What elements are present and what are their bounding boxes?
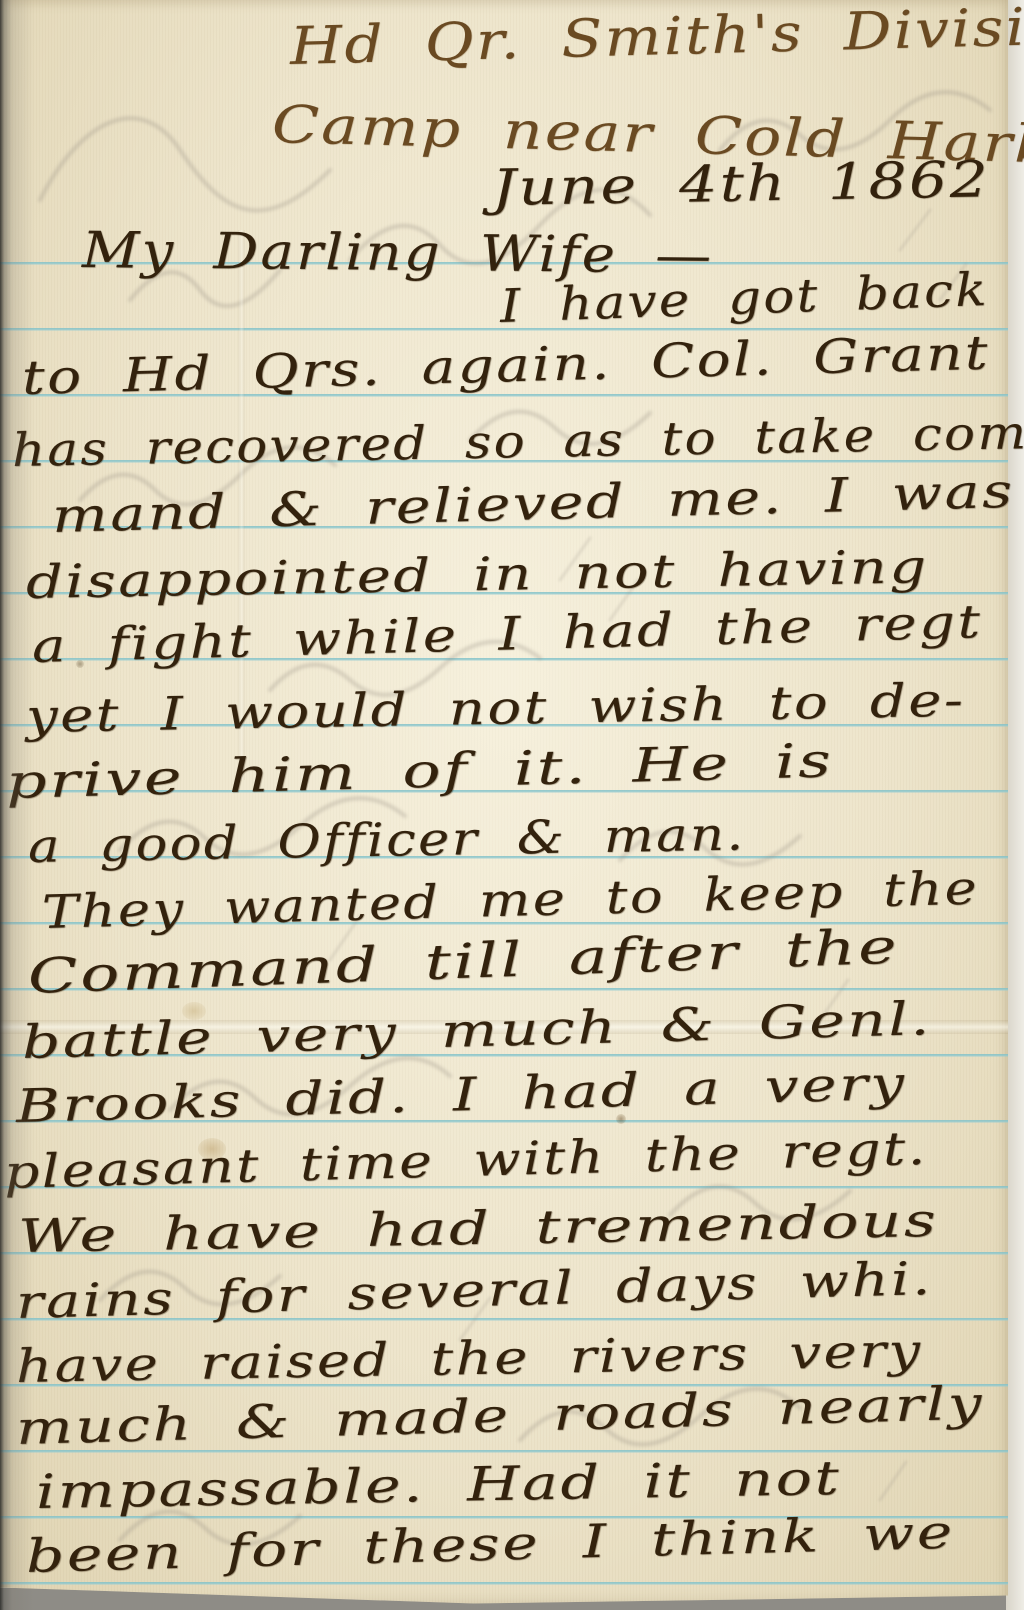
letterhead-date-line: June 4th 1862 xyxy=(491,151,990,217)
scan-left-edge-shadow xyxy=(0,0,34,1610)
scanned-letter-page: Hd Qr. Smith's Division Camp near Cold H… xyxy=(0,0,1024,1610)
